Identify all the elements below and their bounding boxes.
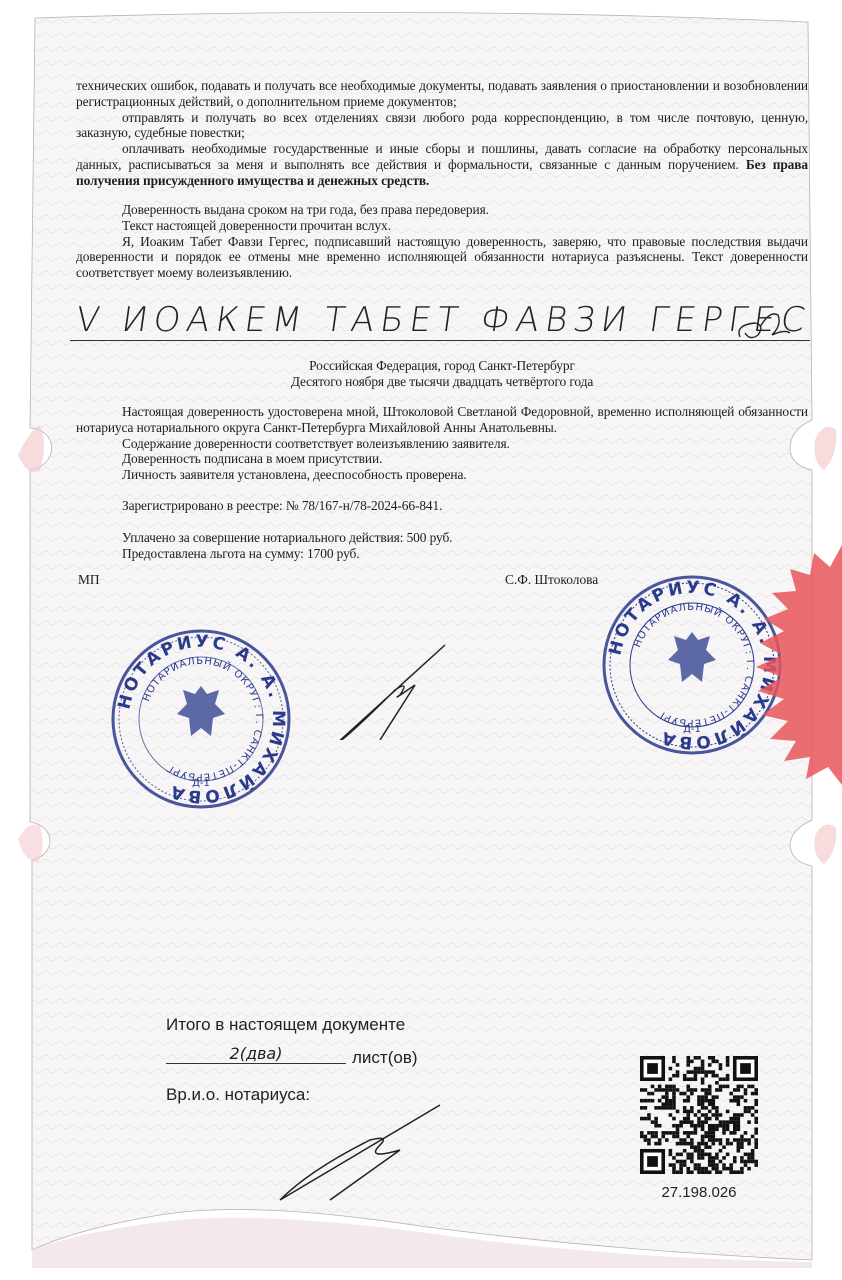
acting-notary-signature xyxy=(270,1100,450,1210)
certification-block: Настоящая доверенность удостоверена мной… xyxy=(76,404,808,483)
notary-stamp-left: НОТАРИУС А. А. МИХАЙЛОВА НОТАРИАЛЬНЫЙ ОК… xyxy=(108,626,294,812)
certification-line-2: Содержание доверенности соответствует во… xyxy=(76,436,808,452)
date: Десятого ноября две тысячи двадцать четв… xyxy=(76,374,808,390)
svg-text:Д-1: Д-1 xyxy=(683,724,701,735)
seal-label: МП xyxy=(78,572,100,588)
term-duration: Доверенность выдана сроком на три года, … xyxy=(76,202,808,218)
terms-block: Доверенность выдана сроком на три года, … xyxy=(76,202,808,281)
svg-text:Д-1: Д-1 xyxy=(192,778,210,789)
sheets-suffix: лист(ов) xyxy=(352,1048,418,1068)
qr-caption: 27.198.026 xyxy=(640,1184,758,1201)
red-seal xyxy=(756,545,842,785)
signature-line xyxy=(70,340,810,341)
certification-line-4: Личность заявителя установлена, дееспосо… xyxy=(76,467,808,483)
fee-paid: Уплачено за совершение нотариального дей… xyxy=(76,530,808,546)
sheets-count-handwritten: 2(два) xyxy=(166,1044,346,1064)
read-aloud-note: Текст настоящей доверенности прочитан вс… xyxy=(76,218,808,234)
registry-number: Зарегистрировано в реестре: № 78/167-н/7… xyxy=(76,498,808,514)
coat-of-arms-icon xyxy=(177,686,225,736)
notary-name: С.Ф. Штоколова xyxy=(505,572,598,588)
principal-handwritten-name: V ИОАКЕМ ТАБЕТ ФАВЗИ ГЕРГЕС xyxy=(73,300,813,340)
principal-signature xyxy=(730,305,810,345)
place: Российская Федерация, город Санкт-Петерб… xyxy=(76,358,808,374)
paragraph-fees: оплачивать необходимые государственные и… xyxy=(76,141,808,188)
notary-stamp-right: НОТАРИУС А. А. МИХАЙЛОВА НОТАРИАЛЬНЫЙ ОК… xyxy=(592,545,842,785)
notary-signature xyxy=(325,640,455,740)
paragraph-technical-errors: технических ошибок, подавать и получать … xyxy=(76,78,808,110)
certification-line-3: Доверенность подписана в моем присутстви… xyxy=(76,451,808,467)
qr-code xyxy=(640,1050,758,1180)
place-date-block: Российская Федерация, город Санкт-Петерб… xyxy=(76,358,808,390)
certification-statement: Настоящая доверенность удостоверена мной… xyxy=(76,404,808,436)
total-sheets-label: Итого в настоящем документе xyxy=(166,1015,405,1035)
principal-statement: Я, Иоаким Табет Фавзи Гергес, подписавши… xyxy=(76,234,808,281)
powers-continued: технических ошибок, подавать и получать … xyxy=(76,78,808,189)
document-sheet: технических ошибок, подавать и получать … xyxy=(0,0,842,1280)
registry-block: Зарегистрировано в реестре: № 78/167-н/7… xyxy=(76,498,808,514)
paragraph-correspondence: отправлять и получать во всех отделениях… xyxy=(76,110,808,142)
